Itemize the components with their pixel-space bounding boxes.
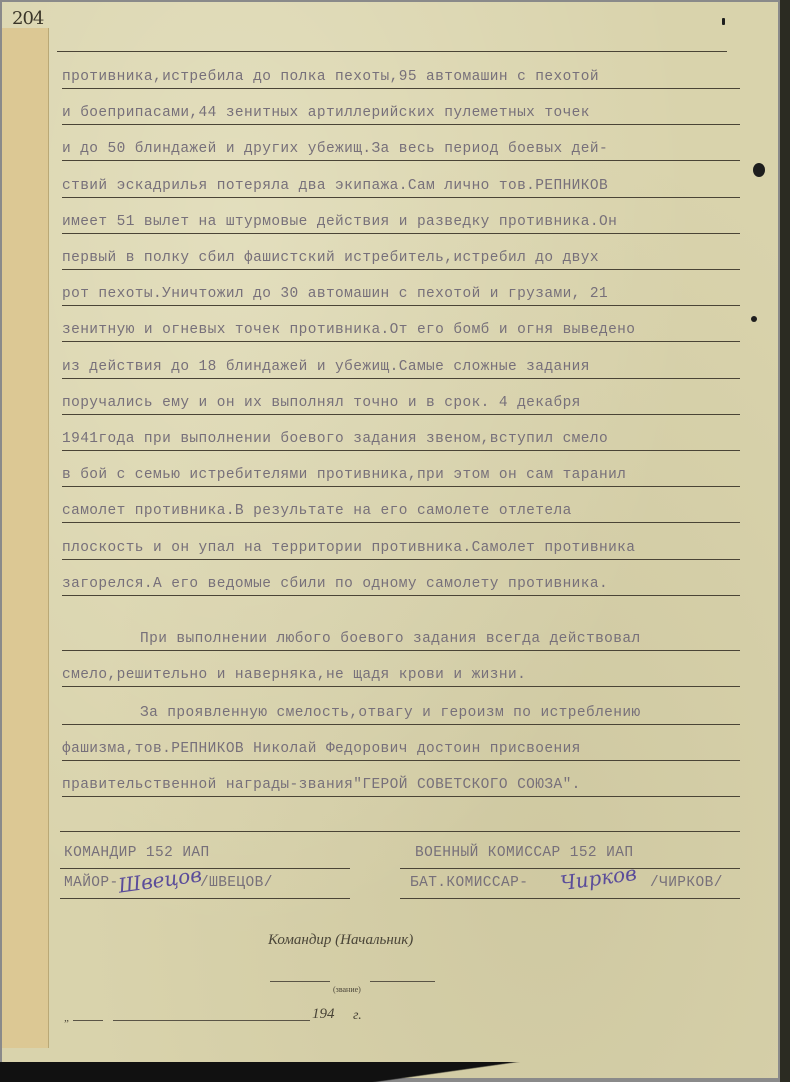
page-edge-shadow <box>780 0 790 1082</box>
line-rule <box>62 650 740 651</box>
typed-line: загорелся.А его ведомые сбили по одному … <box>62 576 608 592</box>
typed-line: противника,истребила до полка пехоты,95 … <box>62 69 599 85</box>
right-signer-title: ВОЕННЫЙ КОМИССАР 152 ИАП <box>415 845 633 861</box>
line-rule <box>62 341 740 342</box>
commander-label: Командир (Начальник) <box>268 932 413 949</box>
date-month-rule <box>113 1020 310 1021</box>
line-rule <box>62 595 740 596</box>
left-name-rule <box>60 898 350 899</box>
typed-line: При выполнении любого боевого задания вс… <box>140 631 641 647</box>
date-day-rule <box>73 1020 103 1021</box>
typed-line: в бой с семью истребителями противника,п… <box>62 467 626 483</box>
typed-line: правительственной награды-звания"ГЕРОЙ С… <box>62 777 581 793</box>
folio-number: 204 <box>12 8 43 29</box>
year-suffix: г. <box>353 1008 362 1024</box>
signature-top-rule <box>60 831 740 832</box>
binding-margin <box>2 28 49 1048</box>
typed-line: плоскость и он упал на территории против… <box>62 540 635 556</box>
typed-line: смело,решительно и наверняка,не щадя кро… <box>62 667 526 683</box>
line-rule <box>62 197 740 198</box>
typed-line: из действия до 18 блиндажей и убежищ.Сам… <box>62 359 590 375</box>
left-signer-name: /ШВЕЦОВ/ <box>200 875 273 891</box>
typed-line: За проявленную смелость,отвагу и героизм… <box>140 705 641 721</box>
date-open-quote: „ <box>64 1012 70 1024</box>
left-title-rule <box>60 868 350 869</box>
left-signer-rank: МАЙОР- <box>64 875 119 891</box>
line-rule <box>62 88 740 89</box>
typed-line: и боеприпасами,44 зенитных артиллерийски… <box>62 105 590 121</box>
line-rule <box>62 686 740 687</box>
line-rule <box>62 486 740 487</box>
left-signer-title: КОМАНДИР 152 ИАП <box>64 845 210 861</box>
speck-mark <box>722 18 725 25</box>
rank-caption: (звание) <box>333 985 361 994</box>
line-rule <box>62 233 740 234</box>
typed-line: 1941года при выполнении боевого задания … <box>62 431 608 447</box>
line-rule <box>62 559 740 560</box>
scan-bottom-shadow <box>0 1062 790 1082</box>
line-rule <box>62 124 740 125</box>
typed-line: фашизма,тов.РЕПНИКОВ Николай Федорович д… <box>62 741 581 757</box>
line-rule <box>62 450 740 451</box>
line-rule <box>62 724 740 725</box>
typed-line: самолет противника.В результате на его с… <box>62 503 572 519</box>
right-signer-name: /ЧИРКОВ/ <box>650 875 723 891</box>
typed-line: имеет 51 вылет на штурмовые действия и р… <box>62 214 617 230</box>
typed-line: и до 50 блиндажей и других убежищ.За вес… <box>62 141 608 157</box>
line-rule <box>62 522 740 523</box>
typed-line: зенитную и огневых точек противника.От е… <box>62 322 635 338</box>
line-rule <box>62 378 740 379</box>
punch-hole-mark <box>753 163 765 177</box>
year-prefix: 194 <box>312 1006 335 1023</box>
top-rule <box>57 51 727 52</box>
line-rule <box>62 796 740 797</box>
typed-line: первый в полку сбил фашистский истребите… <box>62 250 599 266</box>
line-rule <box>62 414 740 415</box>
line-rule <box>62 269 740 270</box>
typed-line: поручались ему и он их выполнял точно и … <box>62 395 581 411</box>
rank-rule-right <box>370 981 435 982</box>
right-signer-rank: БАТ.КОМИССАР- <box>410 875 528 891</box>
line-rule <box>62 760 740 761</box>
line-rule <box>62 305 740 306</box>
right-name-rule <box>400 898 740 899</box>
rank-rule-left <box>270 981 330 982</box>
line-rule <box>62 160 740 161</box>
speck-mark <box>751 316 757 322</box>
typed-line: рот пехоты.Уничтожил до 30 автомашин с п… <box>62 286 608 302</box>
typed-line: ствий эскадрилья потеряла два экипажа.Са… <box>62 178 608 194</box>
